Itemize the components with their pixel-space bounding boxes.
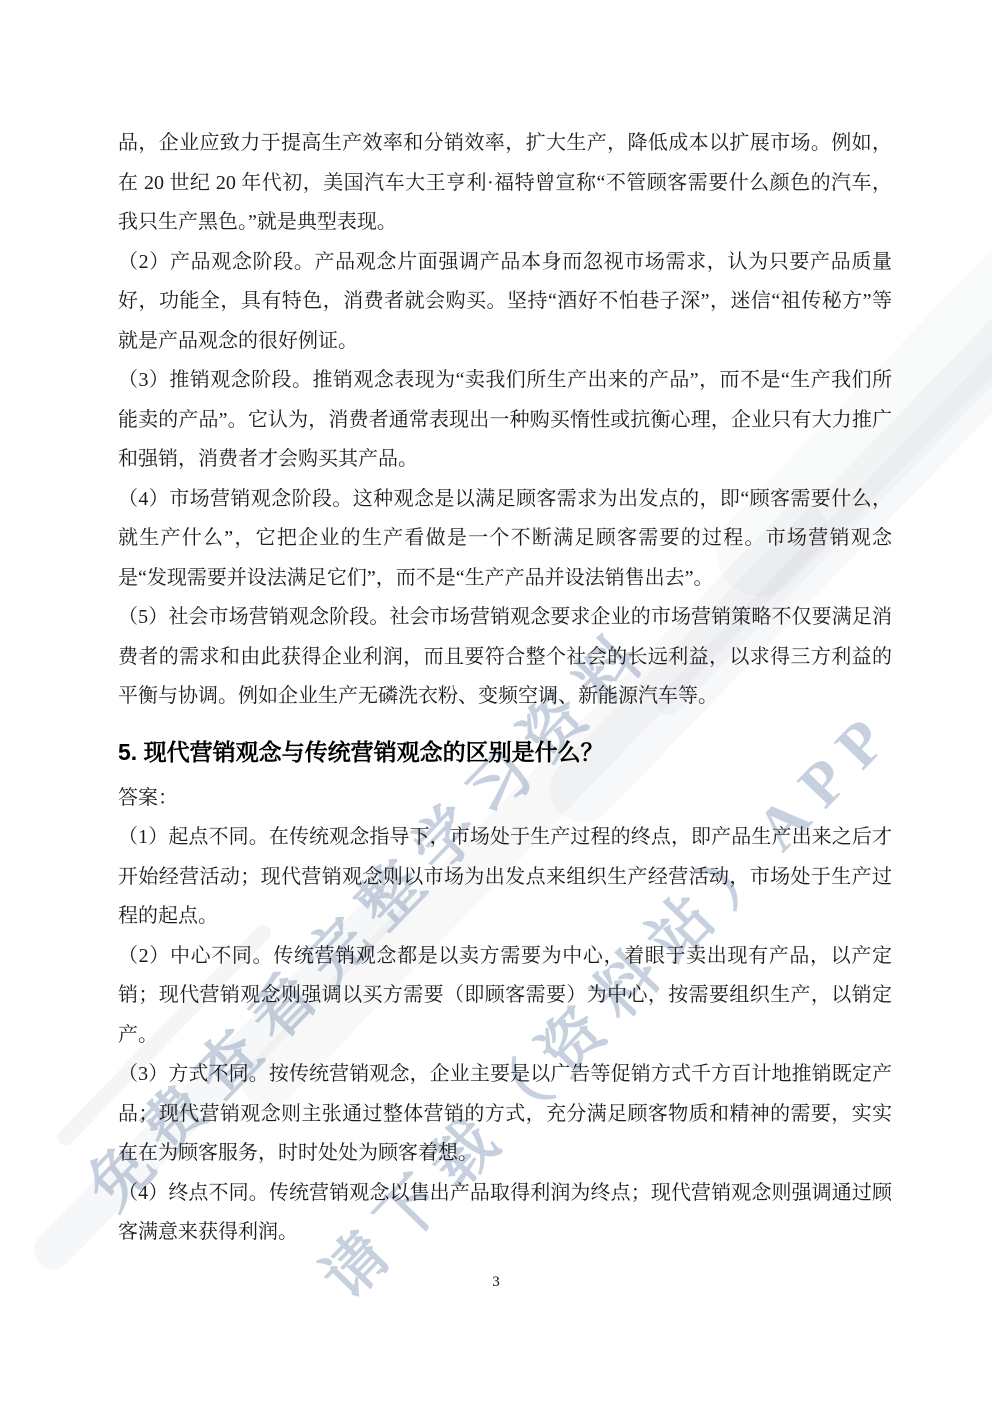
question-heading: 5. 现代营销观念与传统营销观念的区别是什么？: [118, 730, 892, 774]
paragraph-marketing-concept: （4）市场营销观念阶段。这种观念是以满足顾客需求为出发点的，即“顾客需要什么，就…: [118, 480, 892, 599]
paragraph-product-concept: （2）产品观念阶段。产品观念片面强调产品本身而忽视市场需求，认为只要产品质量好，…: [118, 243, 892, 362]
page-number: 3: [0, 1274, 992, 1291]
answer-paragraph-end-point: （4）终点不同。传统营销观念以售出产品取得利润为终点；现代营销观念则强调通过顾客…: [118, 1174, 892, 1253]
document-page: 免费查看完整学习资料 请下载（资料站）APP 品，企业应致力于提高生产效率和分销…: [0, 0, 992, 1403]
paragraph-selling-concept: （3）推销观念阶段。推销观念表现为“卖我们所生产出来的产品”，而不是“生产我们所…: [118, 361, 892, 480]
paragraph-societal-marketing-concept: （5）社会市场营销观念阶段。社会市场营销观念要求企业的市场营销策略不仅要满足消费…: [118, 598, 892, 717]
answer-paragraph-center: （2）中心不同。传统营销观念都是以卖方需要为中心，着眼于卖出现有产品，以产定销；…: [118, 937, 892, 1056]
page-content: 品，企业应致力于提高生产效率和分销效率，扩大生产，降低成本以扩展市场。例如，在 …: [118, 124, 892, 1253]
answer-paragraph-method: （3）方式不同。按传统营销观念，企业主要是以广告等促销方式千方百计地推销既定产品…: [118, 1055, 892, 1174]
paragraph-continuation: 品，企业应致力于提高生产效率和分销效率，扩大生产，降低成本以扩展市场。例如，在 …: [118, 124, 892, 243]
answer-paragraph-starting-point: （1）起点不同。在传统观念指导下，市场处于生产过程的终点，即产品生产出来之后才开…: [118, 818, 892, 937]
answer-label: 答案：: [118, 779, 892, 819]
